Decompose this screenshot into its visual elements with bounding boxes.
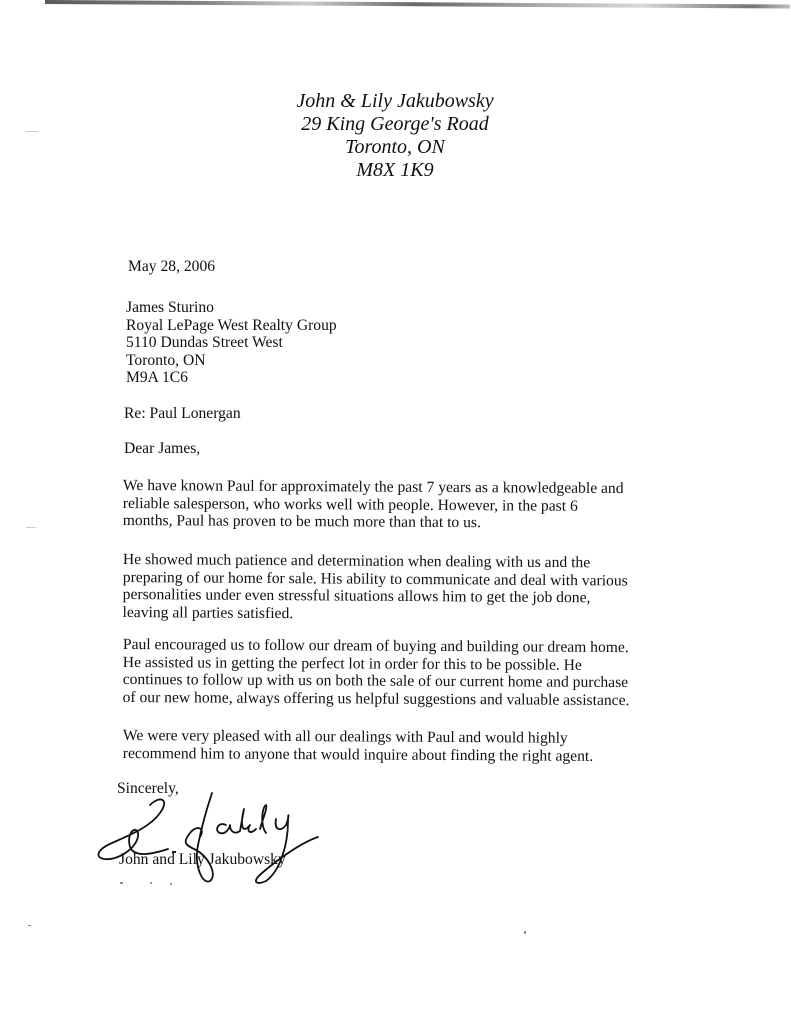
sender-street: 29 King George's Road <box>230 113 560 136</box>
recipient-address: James Sturino Royal LePage West Realty G… <box>126 299 337 387</box>
sender-city: Toronto, ON <box>230 136 560 159</box>
scan-speck <box>28 925 31 926</box>
recipient-name: James Sturino <box>126 299 337 317</box>
paragraph-line: months, Paul has proven to be much more … <box>123 512 624 533</box>
recipient-street: 5110 Dundas Street West <box>126 334 337 352</box>
scan-speck <box>120 882 123 884</box>
paragraph-line: leaving all parties satisfied. <box>123 603 628 624</box>
scan-speck <box>170 883 172 885</box>
sender-name: John & Lily Jakubowsky <box>230 90 560 113</box>
recipient-city: Toronto, ON <box>126 352 337 370</box>
paragraph-line: recommend him to anyone that would inqui… <box>123 744 593 764</box>
paragraph-line: of our new home, always offering us help… <box>123 688 630 709</box>
salutation: Dear James, <box>124 440 200 458</box>
recipient-postal-code: M9A 1C6 <box>126 369 337 387</box>
scan-speck <box>26 527 36 528</box>
scan-speck <box>524 931 526 934</box>
letterhead: John & Lily Jakubowsky 29 King George's … <box>230 90 560 182</box>
paragraph-3: Paul encouraged us to follow our dream o… <box>123 636 630 709</box>
scan-edge-line <box>45 0 790 9</box>
scanned-letter-page: John & Lily Jakubowsky 29 King George's … <box>0 0 791 1024</box>
recipient-company: Royal LePage West Realty Group <box>126 317 337 335</box>
paragraph-1: We have known Paul for approximately the… <box>123 477 624 533</box>
paragraph-4: We were very pleased with all our dealin… <box>123 727 594 765</box>
signatory-name: John and Lily Jakubowsky <box>119 851 286 869</box>
subject-line: Re: Paul Lonergan <box>124 405 241 423</box>
sender-postal-code: M8X 1K9 <box>230 159 560 182</box>
letter-date: May 28, 2006 <box>128 258 215 276</box>
signature-icon <box>90 785 320 895</box>
scan-speck <box>150 882 152 884</box>
scan-speck <box>26 131 38 132</box>
paragraph-2: He showed much patience and determinatio… <box>123 551 628 625</box>
paragraph-line: We were very pleased with all our dealin… <box>123 727 593 747</box>
